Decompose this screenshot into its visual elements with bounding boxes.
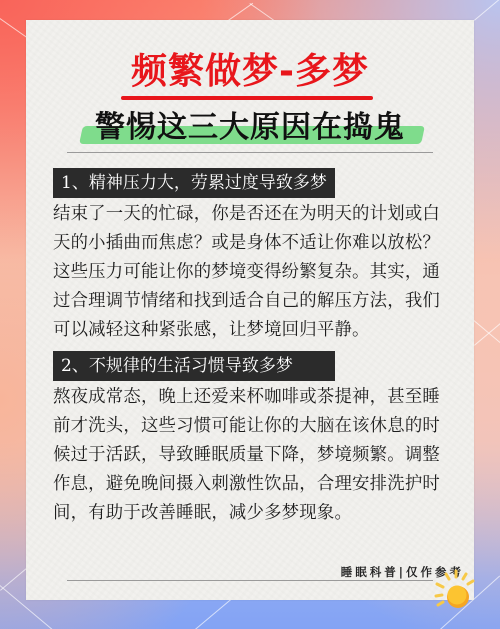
body-line: 可以减轻这种紧张感，让梦境回归平静。 <box>53 316 453 345</box>
sun-icon <box>432 568 480 616</box>
background-decor-line <box>249 3 274 21</box>
body-line: 前才洗头，这些习惯可能让你的大脑在该休息的时 <box>53 412 453 441</box>
paper-card: 频繁做梦-多梦 警惕这三大原因在捣鬼 1、精神压力大，劳累过度导致多梦 结束了一… <box>26 20 474 600</box>
title-underline <box>121 96 373 100</box>
body-line: 结束了一天的忙碌，你是否还在为明天的计划或白 <box>53 200 453 229</box>
body-line: 作息，避免晚间摄入刺激性饮品，合理安排洗护时 <box>53 470 453 499</box>
background-decor-line <box>0 567 28 591</box>
top-divider <box>67 152 433 153</box>
page-subtitle: 警惕这三大原因在捣鬼 <box>26 106 474 150</box>
body-line: 天的小插曲而焦虑？或是身体不适让你难以放松？ <box>53 229 453 258</box>
body-line: 过合理调节情绪和找到适合自己的解压方法，我们 <box>53 287 453 316</box>
section-2-body: 熬夜成常态，晚上还爱来杯咖啡或茶提神，甚至睡 前才洗头，这些习惯可能让你的大脑在… <box>53 383 453 528</box>
section-1-heading: 1、精神压力大，劳累过度导致多梦 <box>53 168 335 198</box>
body-line: 间，有助于改善睡眠，减少多梦现象。 <box>53 499 453 528</box>
background-decor-line <box>228 3 253 21</box>
page-title: 频繁做梦-多梦 <box>26 50 474 94</box>
background-decor-line <box>474 0 500 21</box>
body-line: 这些压力可能让你的梦境变得纷繁复杂。其实，通 <box>53 258 453 287</box>
body-line: 熬夜成常态，晚上还爱来杯咖啡或茶提神，甚至睡 <box>53 383 453 412</box>
subtitle-block: 警惕这三大原因在捣鬼 <box>26 106 474 150</box>
section-2-heading: 2、不规律的生活习惯导致多梦 <box>53 351 335 381</box>
bottom-divider <box>67 580 433 581</box>
section-1-body: 结束了一天的忙碌，你是否还在为明天的计划或白 天的小插曲而焦虑？或是身体不适让你… <box>53 200 453 345</box>
body-line: 候过于活跃，导致睡眠质量下降，梦境频繁。调整 <box>53 441 453 470</box>
